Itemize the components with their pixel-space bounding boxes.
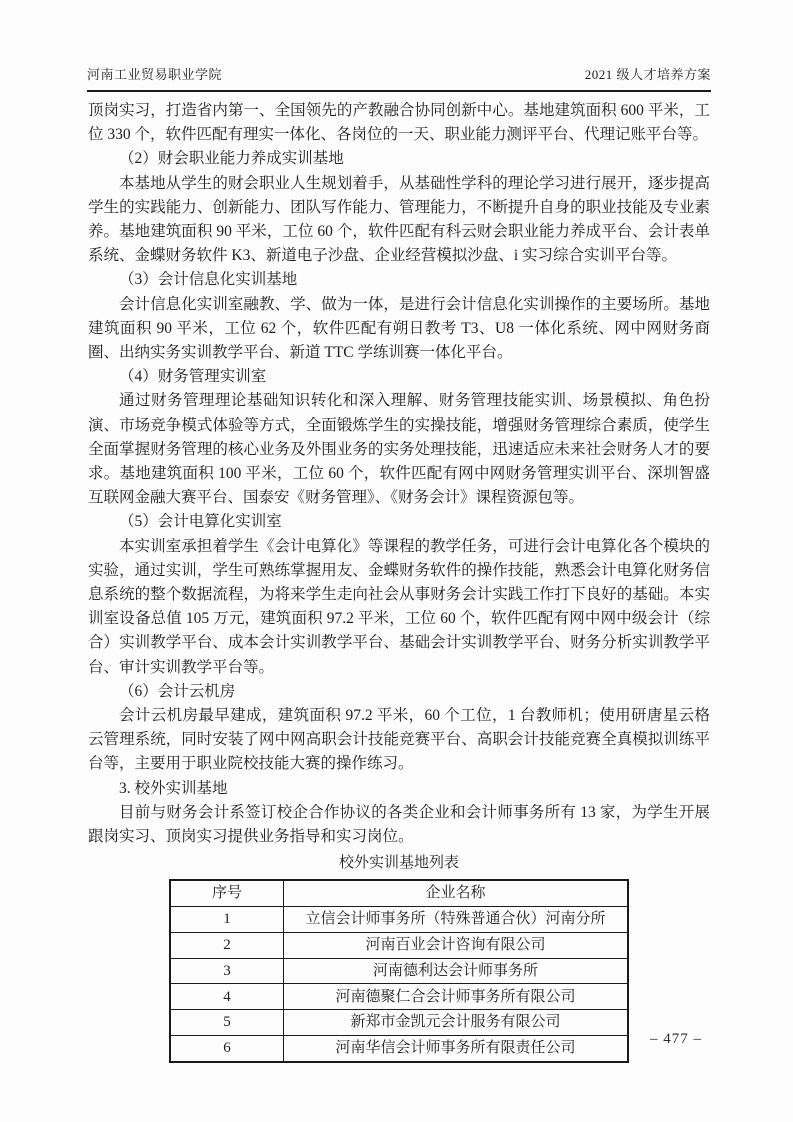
paragraph: 通过财务管理理论基础知识转化和深入理解、财务管理技能实训、场景模拟、角色扮演、市… xyxy=(88,389,710,510)
table-header-row: 序号企业名称 xyxy=(170,880,628,906)
section-heading: 3. 校外实训基地 xyxy=(88,777,710,801)
section-heading: （3）会计信息化实训基地 xyxy=(88,268,710,292)
page-number: – 477 – xyxy=(638,1031,714,1048)
column-header: 企业名称 xyxy=(284,880,629,906)
paragraph: 会计信息化实训室融教、学、做为一体，是进行会计信息化实训操作的主要场所。基地建筑… xyxy=(88,293,710,366)
table-row: 5新郑市金凯元会计服务有限公司 xyxy=(170,1010,628,1036)
column-header: 序号 xyxy=(170,880,284,906)
company-name-cell: 新郑市金凯元会计服务有限公司 xyxy=(284,1010,629,1036)
paragraph: 顶岗实习，打造省内第一、全国领先的产教融合协同创新中心。基地建筑面积 600 平… xyxy=(88,99,710,147)
document-body: 顶岗实习，打造省内第一、全国领先的产教融合协同创新中心。基地建筑面积 600 平… xyxy=(88,99,710,1063)
document-page: 河南工业贸易职业学院 2021 级人才培养方案 顶岗实习，打造省内第一、全国领先… xyxy=(0,0,793,1122)
row-number-cell: 4 xyxy=(170,984,284,1010)
paragraph: 会计云机房最早建成，建筑面积 97.2 平米，60 个工位，1 台教师机；使用研… xyxy=(88,704,710,777)
header-school-name: 河南工业贸易职业学院 xyxy=(87,64,222,83)
company-name-cell: 河南德聚仁合会计师事务所有限公司 xyxy=(284,984,629,1010)
section-heading: （5）会计电算化实训室 xyxy=(88,510,710,534)
company-name-cell: 河南华信会计师事务所有限责任公司 xyxy=(284,1036,629,1062)
table-row: 2河南百业会计咨询有限公司 xyxy=(170,932,628,958)
external-training-base-table: 序号企业名称 1立信会计师事务所（特殊普通合伙）河南分所2河南百业会计咨询有限公… xyxy=(169,879,629,1063)
page-header: 河南工业贸易职业学院 2021 级人才培养方案 xyxy=(87,64,711,92)
paragraph: 目前与财务会计系签订校企合作协议的各类企业和会计师事务所有 13 家，为学生开展… xyxy=(88,801,710,849)
paragraph-flow: 顶岗实习，打造省内第一、全国领先的产教融合协同创新中心。基地建筑面积 600 平… xyxy=(88,99,710,849)
table-row: 1立信会计师事务所（特殊普通合伙）河南分所 xyxy=(170,907,628,933)
header-plan-title: 2021 级人才培养方案 xyxy=(585,64,711,83)
company-name-cell: 河南德利达会计师事务所 xyxy=(284,958,629,984)
row-number-cell: 5 xyxy=(170,1010,284,1036)
table-head: 序号企业名称 xyxy=(170,880,628,906)
row-number-cell: 6 xyxy=(170,1036,284,1062)
table-block: 校外实训基地列表 序号企业名称 1立信会计师事务所（特殊普通合伙）河南分所2河南… xyxy=(88,852,710,1063)
table-body: 1立信会计师事务所（特殊普通合伙）河南分所2河南百业会计咨询有限公司3河南德利达… xyxy=(170,907,628,1062)
section-heading: （4）财务管理实训室 xyxy=(88,365,710,389)
table-row: 6河南华信会计师事务所有限责任公司 xyxy=(170,1036,628,1062)
paragraph: 本实训室承担着学生《会计电算化》等课程的教学任务，可进行会计电算化各个模块的实验… xyxy=(88,535,710,680)
row-number-cell: 2 xyxy=(170,932,284,958)
section-heading: （6）会计云机房 xyxy=(88,680,710,704)
table-title: 校外实训基地列表 xyxy=(88,852,710,874)
company-name-cell: 河南百业会计咨询有限公司 xyxy=(284,932,629,958)
table-row: 4河南德聚仁合会计师事务所有限公司 xyxy=(170,984,628,1010)
company-name-cell: 立信会计师事务所（特殊普通合伙）河南分所 xyxy=(284,907,629,933)
paragraph: 本基地从学生的财会职业人生规划着手，从基础性学科的理论学习进行展开，逐步提高学生… xyxy=(88,172,710,269)
row-number-cell: 1 xyxy=(170,907,284,933)
row-number-cell: 3 xyxy=(170,958,284,984)
section-heading: （2）财会职业能力养成实训基地 xyxy=(88,147,710,171)
table-row: 3河南德利达会计师事务所 xyxy=(170,958,628,984)
